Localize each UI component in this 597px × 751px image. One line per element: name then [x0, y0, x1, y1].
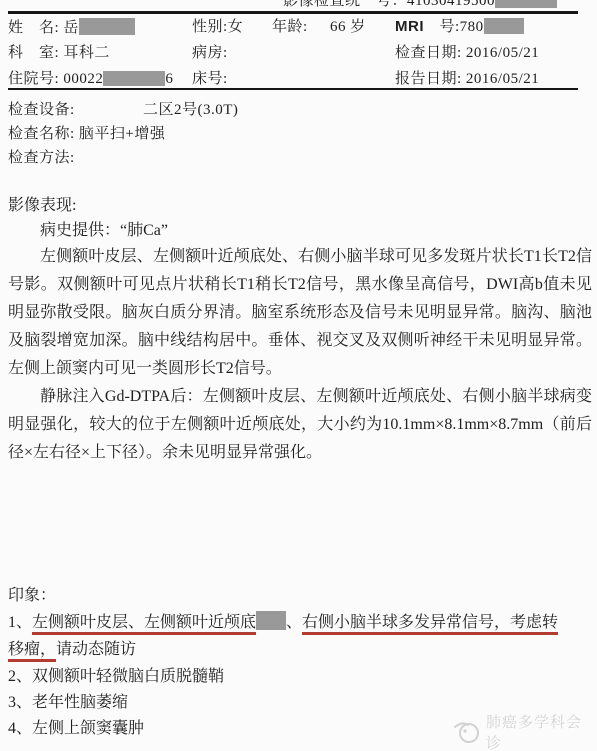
redaction-box [103, 71, 165, 86]
impression-item-1-line-1: 1、左侧额叶皮层、左侧额叶近颅底、右侧小脑半球多发异常信号，考虑转 [8, 611, 558, 634]
exam-name-field: 检查名称: 脑平扫+增强 [8, 125, 165, 143]
mri-no-label: 号: [424, 19, 460, 35]
patient-mri-field: MRI 号:780 [395, 18, 524, 36]
patient-gender-field: 性别:女 [192, 18, 243, 36]
patient-age-label: 年龄: [272, 18, 308, 36]
exam-date-field: 检查日期: 2016/05/21 [395, 44, 539, 62]
underlined-finding: 右侧小脑半球多发异常信号，考虑转 [302, 614, 558, 635]
redaction-box [484, 18, 524, 34]
underlined-finding: 左侧额叶皮层、左侧额叶近颅底 [32, 614, 256, 635]
findings-body: 左侧额叶皮层、左侧额叶近颅底处、右侧小脑半球可见多发斑片状长T1长T2信号影。双… [8, 243, 592, 467]
separator-text: 、 [286, 614, 302, 631]
patient-age-value: 66 岁 [330, 18, 366, 36]
admission-no-label: 住院号: [8, 71, 63, 87]
bed-no-label: 床号: [192, 70, 228, 88]
impression-item-3: 3、老年性脑萎缩 [8, 692, 128, 714]
impression-item-2: 2、双侧额叶轻微脑白质脱髓鞘 [8, 666, 224, 688]
clinical-history: 病史提供：“肺Ca” [40, 221, 168, 241]
admission-no-pre: 00022 [63, 71, 103, 87]
findings-heading: 影像表现: [8, 196, 76, 216]
admission-no-post: 6 [165, 71, 173, 87]
redaction-box [495, 0, 557, 8]
patient-dept-field: 科 室: 耳科二 [8, 44, 110, 62]
exam-id-value: 41030419500 [407, 0, 495, 9]
watermark-text: 肺癌多学科会诊 [486, 711, 597, 751]
redaction-box [79, 18, 135, 35]
patient-ward-label: 病房: [192, 44, 228, 62]
device-label: 检查设备: [8, 101, 75, 119]
device-value: 二区2号(3.0T) [143, 101, 238, 119]
impression-item-4: 4、左侧上颌窦囊肿 [8, 718, 144, 740]
report-date-field: 报告日期: 2016/05/21 [395, 70, 539, 88]
findings-paragraph: 静脉注入Gd-DTPA后：左侧额叶皮层、左侧额叶近颅底处、右侧小脑半球病变明显强… [8, 383, 592, 467]
redaction-box [256, 611, 286, 630]
watermark: 肺癌多学科会诊 [452, 711, 597, 751]
underlined-finding: 移瘤， [8, 641, 56, 662]
exam-method-label: 检查方法: [8, 149, 75, 167]
watermark-logo-icon [452, 719, 482, 745]
mri-no-value: 780 [460, 19, 484, 35]
impression-item-number: 1、 [8, 614, 32, 631]
findings-paragraph: 左侧额叶皮层、左侧额叶近颅底处、右侧小脑半球可见多发斑片状长T1长T2信号影。双… [8, 243, 592, 383]
admission-no-field: 住院号: 000226 [8, 70, 173, 88]
divider-top [8, 11, 578, 14]
patient-name-label: 姓 名: [8, 20, 63, 36]
impression-heading: 印象： [8, 585, 56, 607]
divider-header [8, 88, 578, 90]
exam-name-label: 检查名称: [8, 126, 79, 142]
patient-name-field: 姓 名: 岳 [8, 18, 135, 37]
exam-name-value: 脑平扫+增强 [79, 126, 165, 142]
exam-id-line: 影像检查统一号：41030419500 [283, 0, 557, 10]
impression-item-text: 请动态随访 [56, 641, 136, 658]
mri-word: MRI [395, 18, 424, 35]
impression-item-1-line-2: 移瘤，请动态随访 [8, 639, 136, 661]
exam-id-label: 影像检查统一号： [283, 0, 407, 9]
mri-report-document: 影像检查统一号：41030419500 姓 名: 岳 性别:女 年龄: 66 岁… [0, 0, 597, 751]
patient-name-value: 岳 [63, 20, 79, 36]
